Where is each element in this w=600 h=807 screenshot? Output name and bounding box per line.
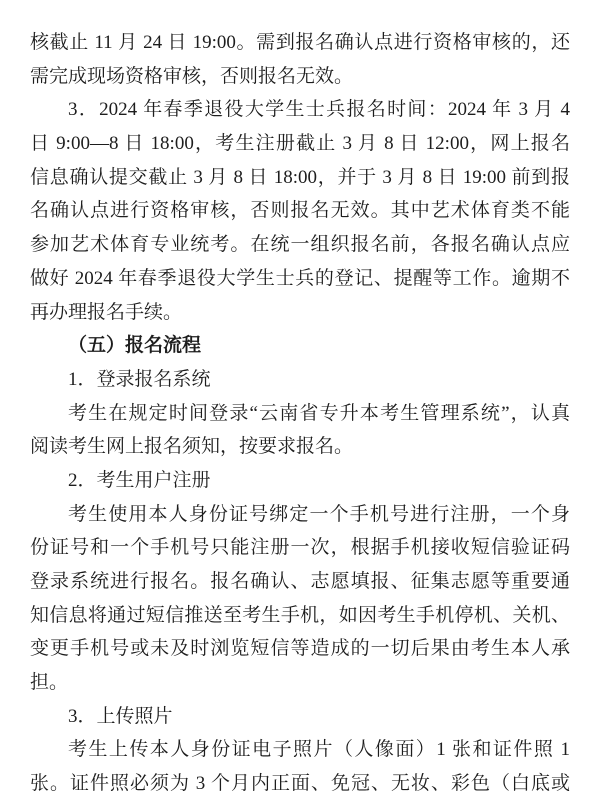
- text-line: 核截止 11 月 24 日 19:00。需到报名确认点进行资格审核的，还: [30, 26, 570, 60]
- text-line: 考生上传本人身份证电子照片（人像面）1 张和证件照 1: [30, 733, 570, 767]
- list-item-heading: 3．上传照片: [30, 700, 570, 734]
- document-page: 核截止 11 月 24 日 19:00。需到报名确认点进行资格审核的，还 需完成…: [0, 0, 600, 807]
- text-line: 信息确认提交截止 3 月 8 日 18:00，并于 3 月 8 日 19:00 …: [30, 161, 570, 195]
- text-line: 知信息将通过短信推送至考生手机，如因考生手机停机、关机、: [30, 599, 570, 633]
- text-line: 3．2024 年春季退役大学生士兵报名时间：2024 年 3 月 4: [30, 93, 570, 127]
- text-line: 担。: [30, 666, 570, 700]
- list-item-heading: 2．考生用户注册: [30, 464, 570, 498]
- text-line: 考生在规定时间登录“云南省专升本考生管理系统”，认真: [30, 397, 570, 431]
- text-line: 参加艺术体育专业统考。在统一组织报名前，各报名确认点应: [30, 228, 570, 262]
- text-line: 需完成现场资格审核，否则报名无效。: [30, 60, 570, 94]
- text-line: 登录系统进行报名。报名确认、志愿填报、征集志愿等重要通: [30, 565, 570, 599]
- text-line: 变更手机号或未及时浏览短信等造成的一切后果由考生本人承: [30, 632, 570, 666]
- text-line: 张。证件照必须为 3 个月内正面、免冠、无妆、彩色（白底或: [30, 767, 570, 801]
- list-item-heading: 1．登录报名系统: [30, 363, 570, 397]
- text-line: 名确认点进行资格审核，否则报名无效。其中艺术体育类不能: [30, 194, 570, 228]
- text-line: 再办理报名手续。: [30, 296, 570, 330]
- text-line: 考生使用本人身份证号绑定一个手机号进行注册，一个身: [30, 498, 570, 532]
- text-line: 日 9:00—8 日 18:00，考生注册截止 3 月 8 日 12:00，网上…: [30, 127, 570, 161]
- text-line: 阅读考生网上报名须知，按要求报名。: [30, 430, 570, 464]
- section-heading: （五）报名流程: [30, 329, 570, 363]
- text-line: 做好 2024 年春季退役大学生士兵的登记、提醒等工作。逾期不: [30, 262, 570, 296]
- text-line: 份证号和一个手机号只能注册一次，根据手机接收短信验证码: [30, 531, 570, 565]
